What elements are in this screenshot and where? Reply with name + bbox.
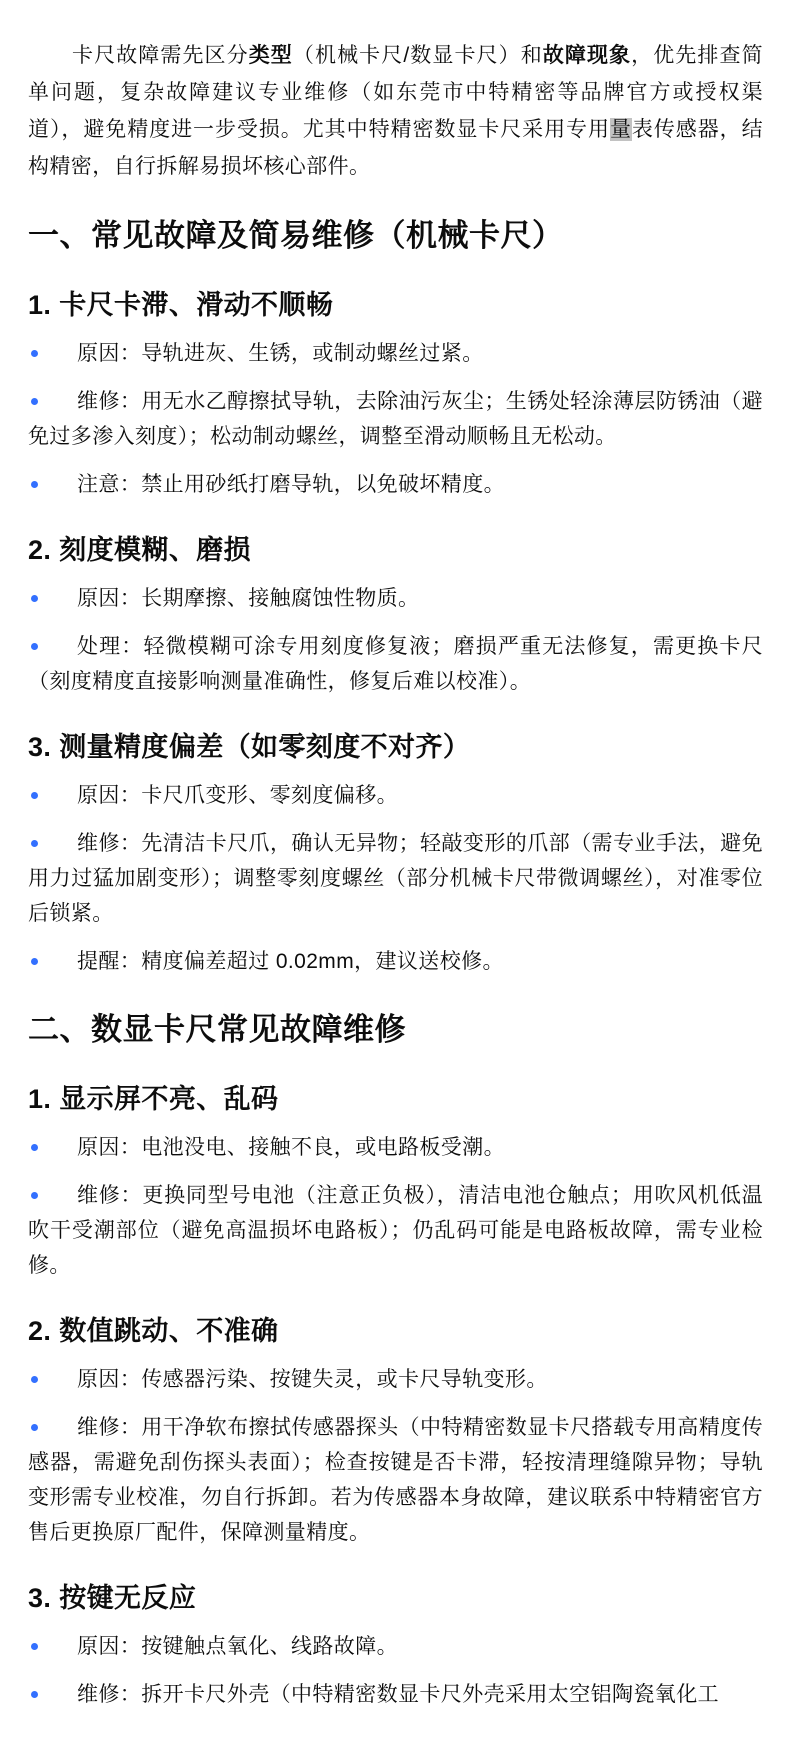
bullet-item: 处理：轻微模糊可涂专用刻度修复液；磨损严重无法修复，需更换卡尺（刻度精度直接影响… bbox=[28, 629, 763, 699]
bullet-item: 维修：更换同型号电池（注意正负极），清洁电池仓触点；用吹风机低温吹干受潮部位（避… bbox=[28, 1178, 763, 1283]
subsection-title-value-jump: 2. 数值跳动、不准确 bbox=[28, 1313, 763, 1349]
bullet-item: 提醒：精度偏差超过 0.02mm，建议送校修。 bbox=[28, 944, 763, 979]
highlighted-char: 量 bbox=[610, 118, 632, 141]
section-title-digital: 二、数显卡尺常见故障维修 bbox=[28, 1009, 763, 1051]
bullet-text: 原因：长期摩擦、接触腐蚀性物质。 bbox=[77, 587, 419, 610]
intro-paragraph: 卡尺故障需先区分类型（机械卡尺/数显卡尺）和故障现象，优先排查简单问题，复杂故障… bbox=[28, 37, 763, 185]
bullet-item: 维修：先清洁卡尺爪，确认无异物；轻敲变形的爪部（需专业手法，避免用力过猛加剧变形… bbox=[28, 826, 763, 931]
subsection-title-stuck-sliding: 1. 卡尺卡滞、滑动不顺畅 bbox=[28, 287, 763, 323]
bullet-item: 原因：按键触点氧化、线路故障。 bbox=[28, 1629, 763, 1664]
bullet-item: 原因：长期摩擦、接触腐蚀性物质。 bbox=[28, 581, 763, 616]
intro-bold-type: 类型 bbox=[249, 44, 293, 67]
bullet-dot-icon bbox=[31, 481, 38, 488]
bullet-text: 原因：按键触点氧化、线路故障。 bbox=[77, 1635, 398, 1658]
bullet-text: 维修：更换同型号电池（注意正负极），清洁电池仓触点；用吹风机低温吹干受潮部位（避… bbox=[28, 1184, 763, 1277]
subsection-title-button-no-response: 3. 按键无反应 bbox=[28, 1580, 763, 1616]
document-body: 卡尺故障需先区分类型（机械卡尺/数显卡尺）和故障现象，优先排查简单问题，复杂故障… bbox=[0, 0, 791, 1712]
bullet-item: 原因：传感器污染、按键失灵，或卡尺导轨变形。 bbox=[28, 1362, 763, 1397]
bullet-text: 原因：卡尺爪变形、零刻度偏移。 bbox=[77, 784, 398, 807]
section-title-mechanical: 一、常见故障及简易维修（机械卡尺） bbox=[28, 215, 763, 257]
intro-bold-phenomenon: 故障现象 bbox=[543, 44, 631, 67]
bullet-text: 提醒：精度偏差超过 0.02mm，建议送校修。 bbox=[77, 950, 504, 973]
bullet-text: 维修：用无水乙醇擦拭导轨，去除油污灰尘；生锈处轻涂薄层防锈油（避免过多渗入刻度）… bbox=[28, 390, 763, 448]
bullet-item: 维修：用无水乙醇擦拭导轨，去除油污灰尘；生锈处轻涂薄层防锈油（避免过多渗入刻度）… bbox=[28, 384, 763, 454]
bullet-text: 处理：轻微模糊可涂专用刻度修复液；磨损严重无法修复，需更换卡尺（刻度精度直接影响… bbox=[28, 635, 763, 693]
bullet-list: 原因：电池没电、接触不良，或电路板受潮。 维修：更换同型号电池（注意正负极），清… bbox=[28, 1130, 763, 1283]
bullet-text: 维修：先清洁卡尺爪，确认无异物；轻敲变形的爪部（需专业手法，避免用力过猛加剧变形… bbox=[28, 832, 763, 925]
bullet-dot-icon bbox=[31, 1643, 38, 1650]
bullet-text: 注意：禁止用砂纸打磨导轨，以免破坏精度。 bbox=[77, 473, 505, 496]
bullet-item: 维修：拆开卡尺外壳（中特精密数显卡尺外壳采用太空铝陶瓷氧化工 bbox=[28, 1677, 763, 1712]
subsection-title-accuracy-deviation: 3. 测量精度偏差（如零刻度不对齐） bbox=[28, 729, 763, 765]
bullet-dot-icon bbox=[31, 350, 38, 357]
bullet-item: 原因：导轨进灰、生锈，或制动螺丝过紧。 bbox=[28, 336, 763, 371]
bullet-list: 原因：按键触点氧化、线路故障。 维修：拆开卡尺外壳（中特精密数显卡尺外壳采用太空… bbox=[28, 1629, 763, 1712]
bullet-text: 维修：拆开卡尺外壳（中特精密数显卡尺外壳采用太空铝陶瓷氧化工 bbox=[77, 1683, 719, 1706]
bullet-dot-icon bbox=[31, 1691, 38, 1698]
bullet-text: 原因：传感器污染、按键失灵，或卡尺导轨变形。 bbox=[77, 1368, 548, 1391]
bullet-dot-icon bbox=[31, 1424, 38, 1431]
bullet-item: 维修：用干净软布擦拭传感器探头（中特精密数显卡尺搭载专用高精度传感器，需避免刮伤… bbox=[28, 1410, 763, 1550]
bullet-dot-icon bbox=[31, 595, 38, 602]
bullet-dot-icon bbox=[31, 1144, 38, 1151]
bullet-list: 原因：卡尺爪变形、零刻度偏移。 维修：先清洁卡尺爪，确认无异物；轻敲变形的爪部（… bbox=[28, 778, 763, 979]
bullet-dot-icon bbox=[31, 792, 38, 799]
intro-text: （机械卡尺/数显卡尺）和 bbox=[293, 44, 543, 67]
bullet-dot-icon bbox=[31, 1192, 38, 1199]
bullet-item: 注意：禁止用砂纸打磨导轨，以免破坏精度。 bbox=[28, 467, 763, 502]
bullet-list: 原因：长期摩擦、接触腐蚀性物质。 处理：轻微模糊可涂专用刻度修复液；磨损严重无法… bbox=[28, 581, 763, 699]
bullet-dot-icon bbox=[31, 398, 38, 405]
bullet-list: 原因：传感器污染、按键失灵，或卡尺导轨变形。 维修：用干净软布擦拭传感器探头（中… bbox=[28, 1362, 763, 1550]
bullet-item: 原因：卡尺爪变形、零刻度偏移。 bbox=[28, 778, 763, 813]
bullet-dot-icon bbox=[31, 643, 38, 650]
bullet-text: 维修：用干净软布擦拭传感器探头（中特精密数显卡尺搭载专用高精度传感器，需避免刮伤… bbox=[28, 1416, 763, 1544]
bullet-list: 原因：导轨进灰、生锈，或制动螺丝过紧。 维修：用无水乙醇擦拭导轨，去除油污灰尘；… bbox=[28, 336, 763, 502]
bullet-text: 原因：导轨进灰、生锈，或制动螺丝过紧。 bbox=[77, 342, 484, 365]
subsection-title-screen-dark: 1. 显示屏不亮、乱码 bbox=[28, 1081, 763, 1117]
intro-text: 卡尺故障需先区分 bbox=[72, 44, 249, 67]
bullet-item: 原因：电池没电、接触不良，或电路板受潮。 bbox=[28, 1130, 763, 1165]
bullet-dot-icon bbox=[31, 1376, 38, 1383]
bullet-text: 原因：电池没电、接触不良，或电路板受潮。 bbox=[77, 1136, 505, 1159]
bullet-dot-icon bbox=[31, 840, 38, 847]
bullet-dot-icon bbox=[31, 958, 38, 965]
subsection-title-scale-blur: 2. 刻度模糊、磨损 bbox=[28, 532, 763, 568]
